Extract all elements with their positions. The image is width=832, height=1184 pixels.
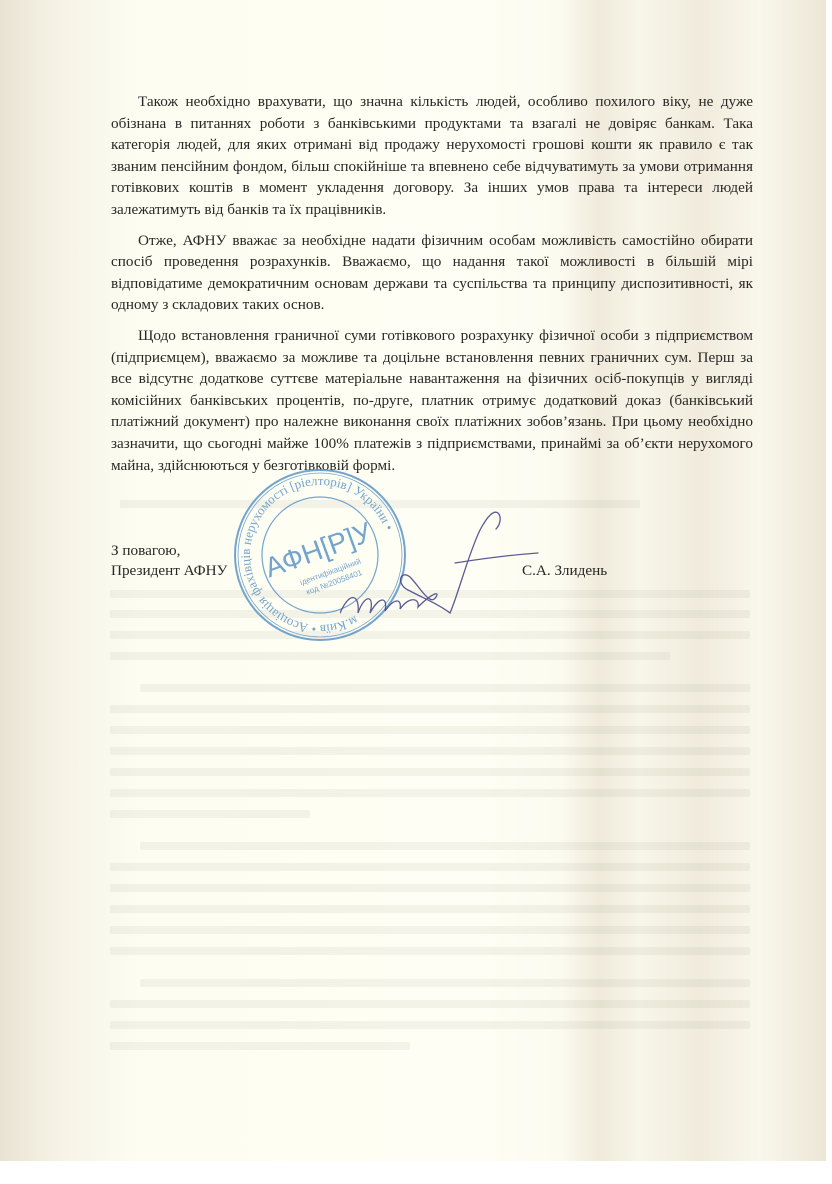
- closing-block: З повагою, Президент АФНУ: [111, 541, 227, 581]
- paragraph-payment-choice: Отже, АФНУ вважає за необхідне надати фі…: [111, 230, 753, 316]
- signer-position: Президент АФНУ: [111, 561, 227, 581]
- paragraph-elderly-banking: Також необхідно врахувати, що значна кіл…: [111, 91, 753, 221]
- document-page: Також необхідно врахувати, що значна кіл…: [0, 0, 826, 1161]
- handwritten-signature-icon: [340, 495, 540, 625]
- paragraph-cash-limit: Щодо встановлення граничної суми готівко…: [111, 325, 753, 476]
- letter-body: Також необхідно врахувати, що значна кіл…: [111, 91, 753, 485]
- salutation: З повагою,: [111, 541, 227, 561]
